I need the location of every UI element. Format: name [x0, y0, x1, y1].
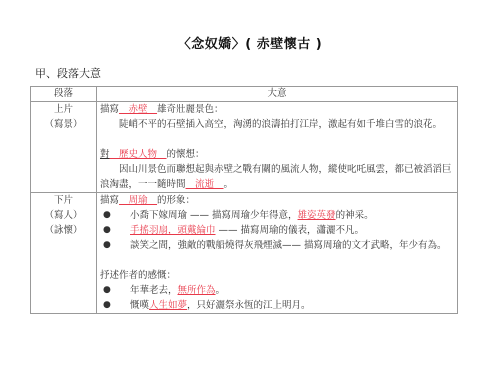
bullet-text-end: 的神采。	[336, 210, 374, 221]
scene-suffix: 雄奇壯麗景色：	[157, 104, 224, 115]
portrait-prefix: 描寫	[100, 195, 119, 206]
fill-blank: 歷史人物	[110, 149, 167, 160]
paragraph-cell: 上片 （寫景）	[31, 102, 97, 193]
scene-line: 描寫 赤壁 雄奇壯麗景色：	[100, 102, 454, 117]
highlight-text: 雄姿英發	[298, 210, 336, 221]
list-item: ● 談笑之間，強敵的戰船燒得灰飛煙滅—— 描寫周瑜的文才武略，年少有為。	[100, 238, 454, 253]
spacer	[100, 253, 454, 268]
history-desc-end: 。	[224, 179, 234, 190]
paragraph-sublabel: （寫景）	[34, 117, 93, 132]
fill-blank: 周瑜	[119, 195, 157, 206]
bullet-icon: ●	[103, 208, 111, 223]
bullet-text-end: —— 描寫周瑜的儀表，瀟灑不凡。	[216, 225, 365, 236]
history-prefix: 對	[100, 149, 110, 160]
spacer	[100, 132, 454, 147]
bullet-text-end: ，只好灑祭永恆的江上明月。	[187, 300, 311, 311]
bullet-icon: ●	[103, 298, 111, 313]
list-item: ● 小喬下嫁周瑜 —— 描寫周瑜少年得意，雄姿英發的神采。	[100, 208, 454, 223]
list-item: ● 年華老去，無所作為。	[100, 283, 454, 298]
feelings-heading: 抒述作者的感慨：	[100, 268, 454, 283]
header-summary: 大意	[97, 87, 458, 102]
portrait-line: 描寫 周瑜 的形象：	[100, 193, 454, 208]
list-item: ● 手搖羽扇，頭戴綸巾 —— 描寫周瑜的儀表，瀟灑不凡。	[100, 223, 454, 238]
paragraph-summary-table: 段落 大意 上片 （寫景） 描寫 赤壁 雄奇壯麗景色： 陡峭不平的石壁插入高空，…	[30, 86, 458, 314]
fill-blank: 赤壁	[119, 104, 157, 115]
header-paragraph: 段落	[31, 87, 97, 102]
history-suffix: 的懷想：	[167, 149, 205, 160]
scene-description: 陡峭不平的石壁插入高空，洶湧的浪濤拍打江岸，激起有如千堆白雪的浪花。	[100, 117, 454, 132]
bullet-text: 慨嘆	[130, 300, 149, 311]
bullet-text-end: 。	[216, 285, 226, 296]
portrait-suffix: 的形象：	[157, 195, 195, 206]
table-row: 下片 （寫人） （詠懷） 描寫 周瑜 的形象： ● 小喬下嫁周瑜 —— 描寫周瑜…	[31, 193, 458, 314]
paragraph-sublabel: （詠懷）	[34, 223, 93, 238]
bullet-icon: ●	[103, 238, 111, 253]
summary-cell: 描寫 周瑜 的形象： ● 小喬下嫁周瑜 —— 描寫周瑜少年得意，雄姿英發的神采。…	[97, 193, 458, 314]
highlight-text: 手搖羽扇，頭戴綸巾	[130, 225, 216, 236]
history-desc-main: 因山川景色而聯想起與赤壁之戰有關的風流人物，縱使叱吒風雲，都已被滔滔巨浪淘盡，一…	[100, 164, 452, 190]
history-description: 因山川景色而聯想起與赤壁之戰有關的風流人物，縱使叱吒風雲，都已被滔滔巨浪淘盡，一…	[100, 162, 454, 192]
bullet-icon: ●	[103, 223, 111, 238]
scene-prefix: 描寫	[100, 104, 119, 115]
table-row: 上片 （寫景） 描寫 赤壁 雄奇壯麗景色： 陡峭不平的石壁插入高空，洶湧的浪濤拍…	[31, 102, 458, 193]
bullet-text: 談笑之間，強敵的戰船燒得灰飛煙滅—— 描寫周瑜的文才武略，年少有為。	[130, 240, 447, 251]
fill-blank: 流逝	[186, 179, 224, 190]
document-title: 〈念奴嬌〉( 赤壁懷古 )	[0, 33, 500, 52]
highlight-text: 人生如夢	[149, 300, 187, 311]
history-line: 對 歷史人物 的懷想：	[100, 147, 454, 162]
bullet-icon: ●	[103, 283, 111, 298]
paragraph-label: 下片	[34, 193, 93, 208]
list-item: ● 慨嘆人生如夢，只好灑祭永恆的江上明月。	[100, 298, 454, 313]
paragraph-sublabel: （寫人）	[34, 208, 93, 223]
portrait-bullet-list: ● 小喬下嫁周瑜 —— 描寫周瑜少年得意，雄姿英發的神采。 ● 手搖羽扇，頭戴綸…	[100, 208, 454, 253]
bullet-text: 小喬下嫁周瑜 —— 描寫周瑜少年得意，	[130, 210, 298, 221]
highlight-text: 無所作為	[178, 285, 216, 296]
table-header-row: 段落 大意	[31, 87, 458, 102]
feelings-bullet-list: ● 年華老去，無所作為。 ● 慨嘆人生如夢，只好灑祭永恆的江上明月。	[100, 283, 454, 313]
paragraph-label: 上片	[34, 102, 93, 117]
paragraph-cell: 下片 （寫人） （詠懷）	[31, 193, 97, 314]
section-heading: 甲、段落大意	[35, 65, 101, 81]
summary-cell: 描寫 赤壁 雄奇壯麗景色： 陡峭不平的石壁插入高空，洶湧的浪濤拍打江岸，激起有如…	[97, 102, 458, 193]
bullet-text: 年華老去，	[130, 285, 178, 296]
